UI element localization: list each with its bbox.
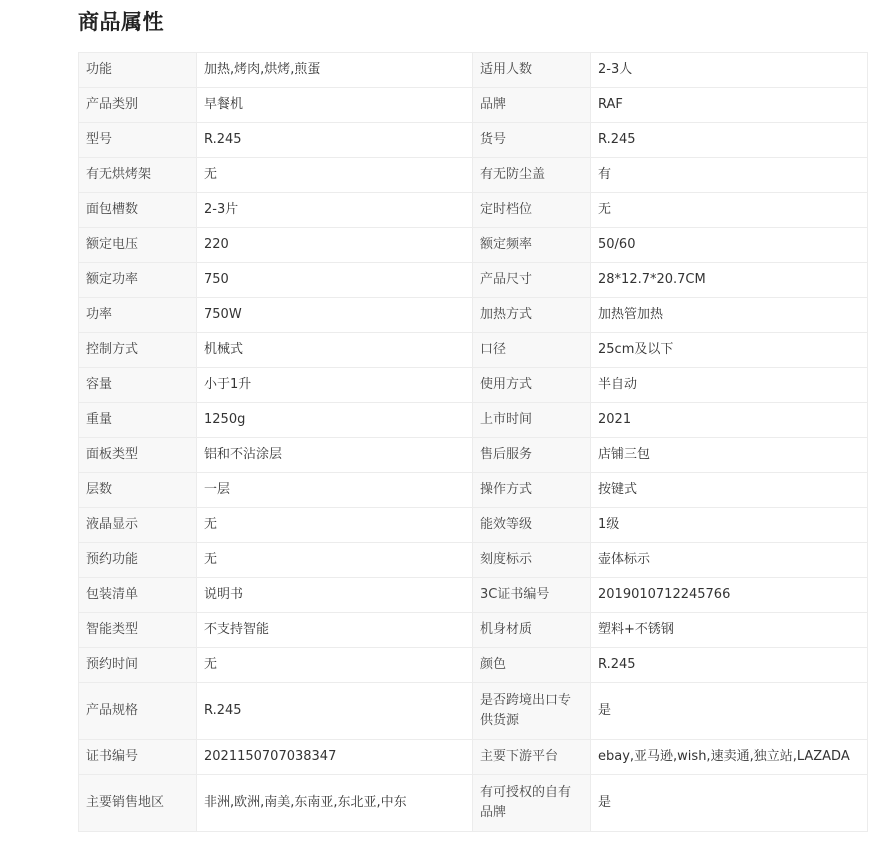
attribute-value: 2-3人 [591,53,868,88]
attribute-label: 智能类型 [79,613,197,648]
attribute-row: 功能加热,烤肉,烘烤,煎蛋适用人数2-3人 [79,53,868,88]
attribute-label: 功能 [79,53,197,88]
attribute-row: 有无烘烤架无有无防尘盖有 [79,158,868,193]
attribute-value: RAF [591,88,868,123]
attribute-row: 重量1250g上市时间2021 [79,403,868,438]
attribute-row: 产品类别早餐机品牌RAF [79,88,868,123]
attribute-label: 主要下游平台 [473,740,591,775]
attribute-label: 额定电压 [79,228,197,263]
attribute-label: 品牌 [473,88,591,123]
attribute-row: 证书编号2021150707038347主要下游平台ebay,亚马逊,wish,… [79,740,868,775]
attribute-label: 预约功能 [79,543,197,578]
attribute-label: 3C证书编号 [473,578,591,613]
attribute-label: 液晶显示 [79,508,197,543]
attribute-label: 层数 [79,473,197,508]
attribute-value: 半自动 [591,368,868,403]
attributes-body: 功能加热,烤肉,烘烤,煎蛋适用人数2-3人产品类别早餐机品牌RAF型号R.245… [79,53,868,832]
attribute-value: 不支持智能 [197,613,473,648]
attribute-value: 说明书 [197,578,473,613]
attribute-value: 1250g [197,403,473,438]
attribute-row: 智能类型不支持智能机身材质塑料+不锈钢 [79,613,868,648]
attribute-value: 店铺三包 [591,438,868,473]
attribute-value: 是 [591,683,868,740]
attribute-value: 壶体标示 [591,543,868,578]
attribute-value: ebay,亚马逊,wish,速卖通,独立站,LAZADA [591,740,868,775]
attribute-label: 功率 [79,298,197,333]
attribute-label: 机身材质 [473,613,591,648]
attribute-row: 包装清单说明书3C证书编号2019010712245766 [79,578,868,613]
attribute-value: 220 [197,228,473,263]
attribute-label: 面包槽数 [79,193,197,228]
attribute-value: 2019010712245766 [591,578,868,613]
attribute-value: 无 [197,158,473,193]
attribute-label: 预约时间 [79,648,197,683]
attribute-value: 塑料+不锈钢 [591,613,868,648]
attribute-row: 主要销售地区非洲,欧洲,南美,东南亚,东北亚,中东有可授权的自有品牌是 [79,775,868,832]
attribute-row: 型号R.245货号R.245 [79,123,868,158]
attribute-row: 功率750W加热方式加热管加热 [79,298,868,333]
attribute-label: 操作方式 [473,473,591,508]
attribute-row: 层数一层操作方式按键式 [79,473,868,508]
attribute-label: 口径 [473,333,591,368]
attribute-value: 无 [197,508,473,543]
attribute-value: 2021 [591,403,868,438]
attribute-label: 颜色 [473,648,591,683]
attribute-value: 25cm及以下 [591,333,868,368]
attribute-label: 重量 [79,403,197,438]
attribute-value: 750 [197,263,473,298]
attribute-label: 货号 [473,123,591,158]
attribute-value: 小于1升 [197,368,473,403]
attribute-label: 有无烘烤架 [79,158,197,193]
product-attributes-table: 功能加热,烤肉,烘烤,煎蛋适用人数2-3人产品类别早餐机品牌RAF型号R.245… [78,52,868,832]
attribute-value: 750W [197,298,473,333]
attribute-label: 适用人数 [473,53,591,88]
attribute-row: 预约时间无颜色R.245 [79,648,868,683]
attribute-value: 是 [591,775,868,832]
attribute-value: 1级 [591,508,868,543]
attribute-value: 铝和不沾涂层 [197,438,473,473]
attribute-label: 容量 [79,368,197,403]
attribute-label: 产品类别 [79,88,197,123]
attribute-label: 定时档位 [473,193,591,228]
attribute-value: 非洲,欧洲,南美,东南亚,东北亚,中东 [197,775,473,832]
attribute-row: 液晶显示无能效等级1级 [79,508,868,543]
attribute-label: 包装清单 [79,578,197,613]
attribute-label: 使用方式 [473,368,591,403]
attribute-label: 是否跨境出口专供货源 [473,683,591,740]
attribute-row: 产品规格R.245是否跨境出口专供货源是 [79,683,868,740]
section-title: 商品属性 [78,6,164,36]
attribute-label: 售后服务 [473,438,591,473]
attribute-label: 加热方式 [473,298,591,333]
attribute-label: 有无防尘盖 [473,158,591,193]
attribute-value: 50/60 [591,228,868,263]
attribute-label: 刻度标示 [473,543,591,578]
attribute-label: 额定频率 [473,228,591,263]
attribute-label: 上市时间 [473,403,591,438]
attribute-label: 型号 [79,123,197,158]
attribute-value: 有 [591,158,868,193]
attribute-value: 2021150707038347 [197,740,473,775]
attribute-row: 面包槽数2-3片定时档位无 [79,193,868,228]
attribute-value: 按键式 [591,473,868,508]
attribute-row: 控制方式机械式口径25cm及以下 [79,333,868,368]
attribute-label: 产品规格 [79,683,197,740]
attribute-label: 主要销售地区 [79,775,197,832]
attribute-value: 无 [197,648,473,683]
attribute-label: 面板类型 [79,438,197,473]
attribute-label: 能效等级 [473,508,591,543]
attribute-value: R.245 [591,123,868,158]
attribute-row: 预约功能无刻度标示壶体标示 [79,543,868,578]
attribute-label: 额定功率 [79,263,197,298]
attribute-value: R.245 [197,683,473,740]
attribute-value: 无 [591,193,868,228]
attribute-value: R.245 [197,123,473,158]
attribute-value: 加热,烤肉,烘烤,煎蛋 [197,53,473,88]
attribute-value: 无 [197,543,473,578]
attribute-row: 额定电压220额定频率50/60 [79,228,868,263]
attribute-value: 2-3片 [197,193,473,228]
attribute-value: 早餐机 [197,88,473,123]
attribute-value: R.245 [591,648,868,683]
attribute-row: 面板类型铝和不沾涂层售后服务店铺三包 [79,438,868,473]
attribute-row: 容量小于1升使用方式半自动 [79,368,868,403]
attribute-value: 加热管加热 [591,298,868,333]
attribute-label: 有可授权的自有品牌 [473,775,591,832]
attribute-row: 额定功率750产品尺寸28*12.7*20.7CM [79,263,868,298]
attribute-label: 产品尺寸 [473,263,591,298]
attribute-value: 28*12.7*20.7CM [591,263,868,298]
attribute-label: 证书编号 [79,740,197,775]
attribute-value: 一层 [197,473,473,508]
attribute-label: 控制方式 [79,333,197,368]
attribute-value: 机械式 [197,333,473,368]
